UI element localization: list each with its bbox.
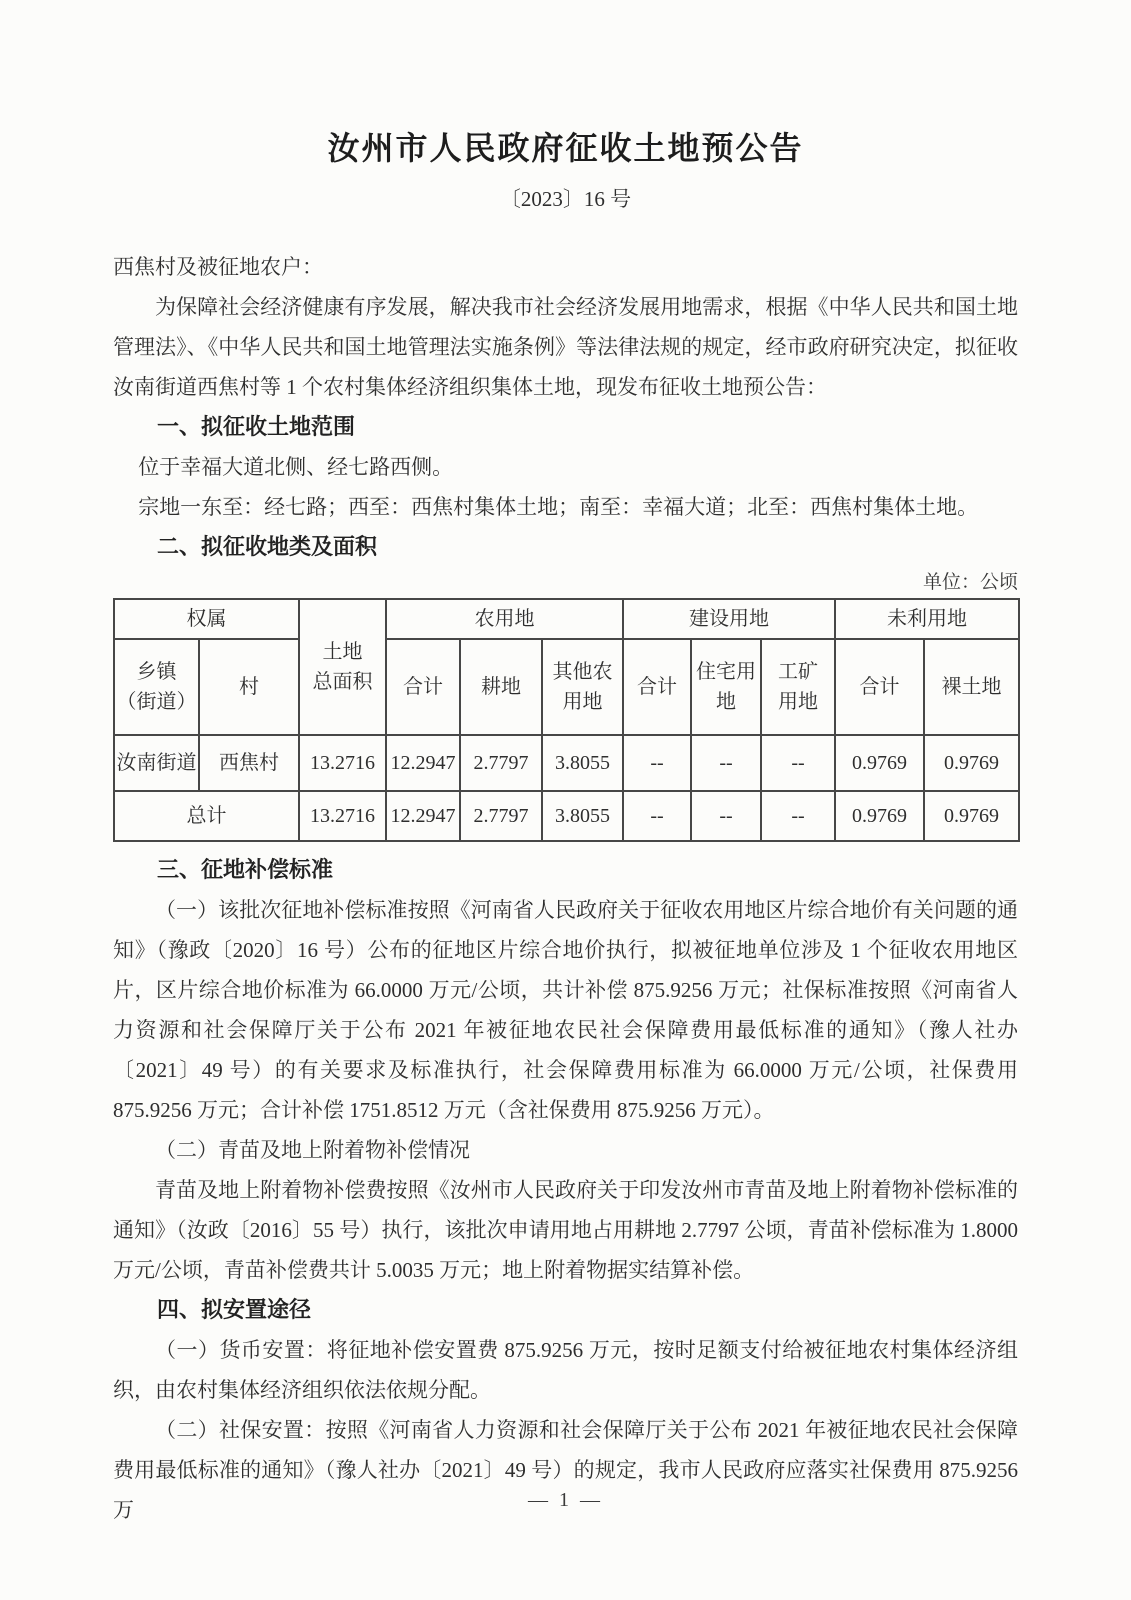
cell-agri-subtotal: 12.2947: [386, 735, 460, 791]
section-3-item-2-heading: （二）青苗及地上附着物补偿情况: [113, 1130, 1018, 1170]
cell-construction-subtotal: --: [623, 735, 691, 791]
cell-village: 西焦村: [199, 735, 299, 791]
header-construction-subtotal: 合计: [623, 639, 691, 735]
cell-bare-land: 0.9769: [924, 735, 1019, 791]
header-total-area: 土地 总面积: [299, 599, 386, 735]
intro-paragraph: 为保障社会经济健康有序发展，解决我市社会经济发展用地需求，根据《中华人民共和国土…: [113, 287, 1018, 407]
page-title: 汝州市人民政府征收土地预公告: [113, 128, 1018, 168]
section-1-location-line: 位于幸福大道北侧、经七路西侧。: [113, 447, 1018, 487]
section-3-item-2-body: 青苗及地上附着物补偿费按照《汝州市人民政府关于印发汝州市青苗及地上附着物补偿标准…: [113, 1170, 1018, 1290]
cell-total-other-agri: 3.8055: [542, 791, 623, 841]
header-village: 村: [199, 639, 299, 735]
table-header-row-1: 权属 土地 总面积 农用地 建设用地 未利用地: [114, 599, 1019, 639]
header-bare-land: 裸土地: [924, 639, 1019, 735]
header-unused-land: 未利用地: [835, 599, 1019, 639]
cell-total-area: 13.2716: [299, 735, 386, 791]
table-row-xijiao: 汝南街道 西焦村 13.2716 12.2947 2.7797 3.8055 -…: [114, 735, 1019, 791]
header-cultivated-land: 耕地: [460, 639, 542, 735]
cell-other-agri: 3.8055: [542, 735, 623, 791]
cell-total-construction-subtotal: --: [623, 791, 691, 841]
cell-cultivated: 2.7797: [460, 735, 542, 791]
header-residential-land: 住宅用 地: [691, 639, 761, 735]
section-4-heading: 四、拟安置途径: [113, 1290, 1018, 1330]
section-4-item-2: （二）社保安置：按照《河南省人力资源和社会保障厅关于公布 2021 年被征地农民…: [113, 1410, 1018, 1530]
header-unused-subtotal: 合计: [835, 639, 924, 735]
section-1-boundary-line: 宗地一东至：经七路；西至：西焦村集体土地；南至：幸福大道；北至：西焦村集体土地。: [113, 487, 1018, 527]
header-ownership: 权属: [114, 599, 299, 639]
header-other-agri-land: 其他农 用地: [542, 639, 623, 735]
cell-residential: --: [691, 735, 761, 791]
table-header-row-2: 乡镇 （街道） 村 合计 耕地 其他农 用地 合计 住宅用 地 工矿 用地 合计…: [114, 639, 1019, 735]
section-2-heading: 二、拟征收地类及面积: [113, 527, 1018, 567]
cell-township: 汝南街道: [114, 735, 199, 791]
section-3-heading: 三、征地补偿标准: [113, 850, 1018, 890]
section-4-item-1: （一）货币安置：将征地补偿安置费 875.9256 万元，按时足额支付给被征地农…: [113, 1330, 1018, 1410]
cell-total-residential: --: [691, 791, 761, 841]
cell-unused-subtotal: 0.9769: [835, 735, 924, 791]
section-3-item-1: （一）该批次征地补偿标准按照《河南省人民政府关于征收农用地区片综合地价有关问题的…: [113, 890, 1018, 1130]
header-agricultural-land: 农用地: [386, 599, 623, 639]
cell-total-total-area: 13.2716: [299, 791, 386, 841]
header-agri-subtotal: 合计: [386, 639, 460, 735]
cell-total-industrial-mining: --: [761, 791, 835, 841]
document-number: 〔2023〕16 号: [113, 183, 1018, 213]
cell-total-agri-subtotal: 12.2947: [386, 791, 460, 841]
header-construction-land: 建设用地: [623, 599, 835, 639]
table-unit-label: 单位：公顷: [113, 571, 1018, 595]
cell-total-bare-land: 0.9769: [924, 791, 1019, 841]
header-township: 乡镇 （街道）: [114, 639, 199, 735]
scanned-announcement-page: 汝州市人民政府征收土地预公告 〔2023〕16 号 西焦村及被征地农户： 为保障…: [0, 0, 1131, 1600]
table-total-row: 总计 13.2716 12.2947 2.7797 3.8055 -- -- -…: [114, 791, 1019, 841]
cell-total-label: 总计: [114, 791, 299, 841]
page-number: — 1 —: [0, 1489, 1131, 1512]
cell-total-cultivated: 2.7797: [460, 791, 542, 841]
header-industrial-mining-land: 工矿 用地: [761, 639, 835, 735]
salutation-line: 西焦村及被征地农户：: [113, 247, 1018, 287]
cell-total-unused-subtotal: 0.9769: [835, 791, 924, 841]
land-area-table: 权属 土地 总面积 农用地 建设用地 未利用地 乡镇 （街道） 村 合计 耕地 …: [113, 598, 1020, 842]
cell-industrial-mining: --: [761, 735, 835, 791]
section-1-heading: 一、拟征收土地范围: [113, 407, 1018, 447]
